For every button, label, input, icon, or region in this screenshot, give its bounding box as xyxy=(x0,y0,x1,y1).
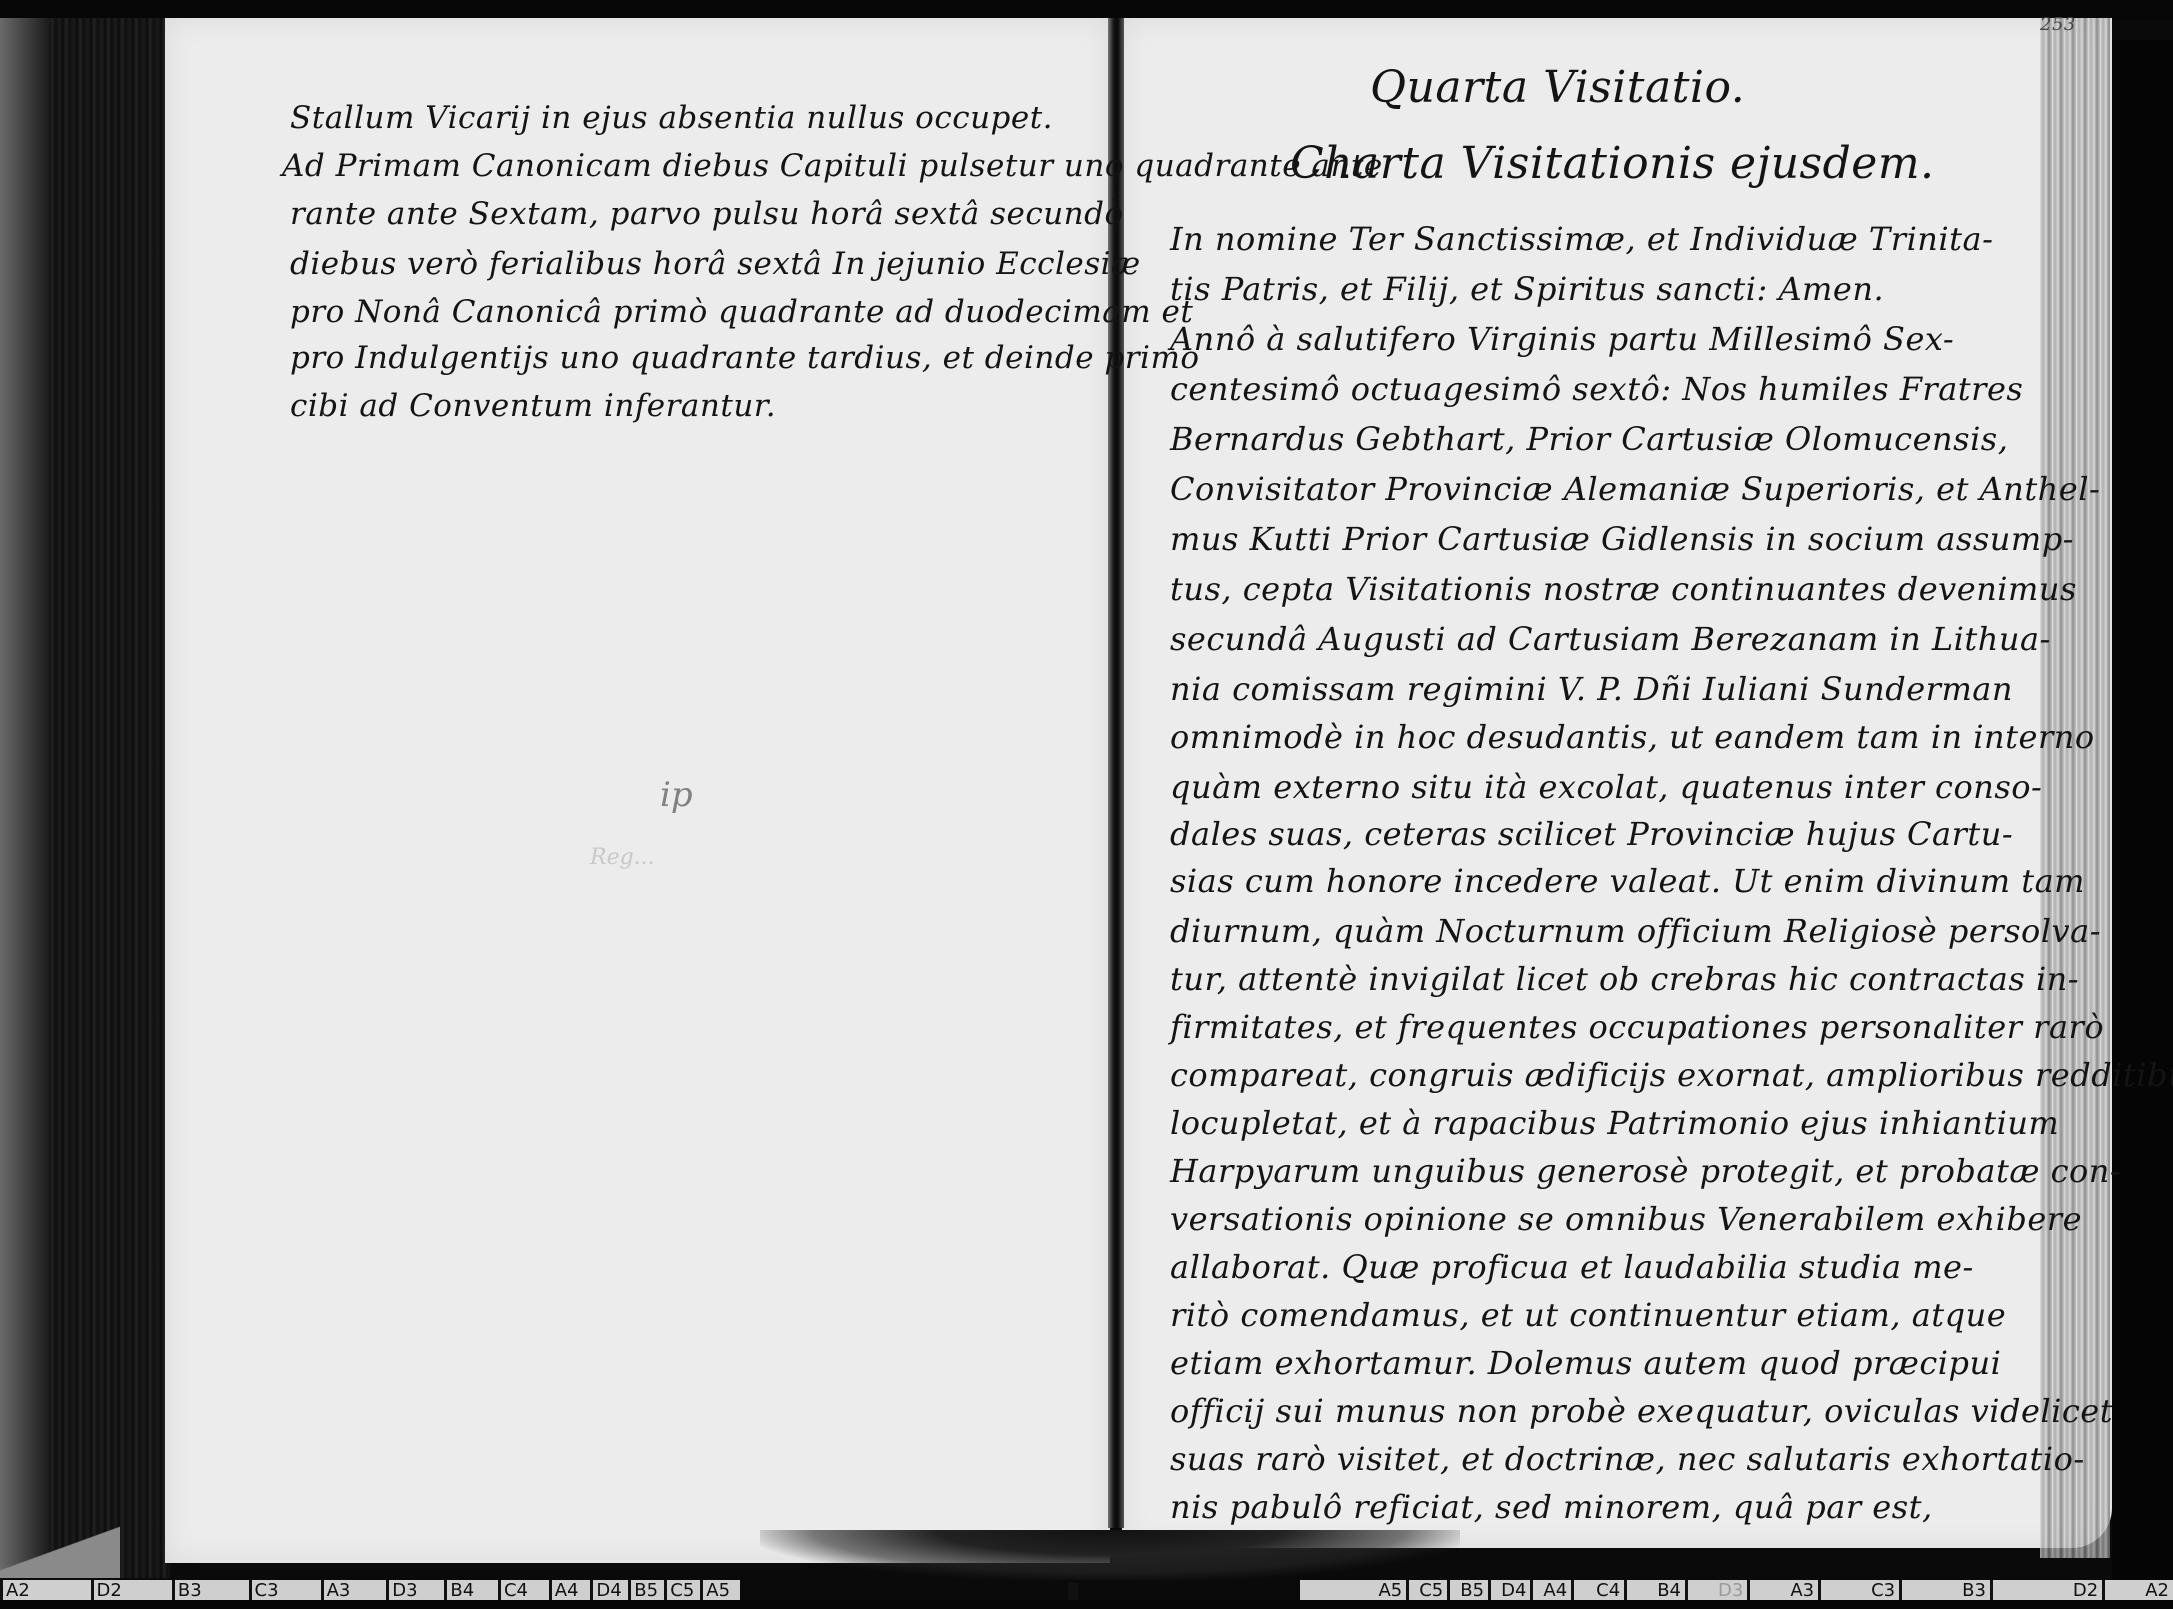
right-line-4: centesimô octuagesimô sextô: Nos humiles… xyxy=(1170,370,2023,408)
bleed-text: Reg... xyxy=(590,845,655,870)
right-line-25: officij sui munus non probè exequatur, o… xyxy=(1170,1392,2113,1430)
right-line-21: versationis opinione se omnibus Venerabi… xyxy=(1170,1200,2082,1238)
film-label: C3 xyxy=(249,1580,321,1602)
film-right-border xyxy=(2112,40,2173,1580)
film-label: A4 xyxy=(549,1580,591,1602)
film-label: C4 xyxy=(1574,1580,1627,1602)
right-line-12: quàm externo situ ità excolat, quatenus … xyxy=(1170,768,2042,806)
left-line-5: pro Nonâ Canonicâ primò quadrante ad duo… xyxy=(290,294,1193,330)
film-label: D3 xyxy=(386,1580,444,1602)
right-line-2: tis Patris, et Filij, et Spiritus sancti… xyxy=(1170,270,1884,308)
left-line-6: pro Indulgentijs uno quadrante tardius, … xyxy=(290,340,1200,376)
right-line-23: ritò comendamus, et ut continuentur etia… xyxy=(1170,1296,2006,1334)
book-gutter xyxy=(1108,18,1124,1528)
right-line-13: dales suas, ceteras scilicet Provinciæ h… xyxy=(1170,815,2013,853)
heading-charta-visitationis: Charta Visitationis ejusdem. xyxy=(1290,138,1935,189)
gutter-shadow xyxy=(760,1530,1460,1580)
book-edge-shade xyxy=(0,18,50,1578)
right-line-11: omnimodè in hoc desudantis, ut eandem ta… xyxy=(1170,718,2095,756)
left-line-7: cibi ad Conventum inferantur. xyxy=(290,388,776,424)
right-line-27: nis pabulô reficiat, sed minorem, quâ pa… xyxy=(1170,1488,1933,1526)
film-label-strip-right: A5 C5 B5 D4 A4 C4 B4 D3 A3 C3 B3 D2 A2 xyxy=(1300,1580,2173,1602)
film-label: B5 xyxy=(628,1580,664,1602)
film-label: B5 xyxy=(1450,1580,1491,1602)
film-bottom-border xyxy=(0,1600,2173,1609)
page-number: 253 xyxy=(2040,14,2076,35)
right-line-15: diurnum, quàm Nocturnum officium Religio… xyxy=(1170,912,2101,950)
film-label: D4 xyxy=(1491,1580,1533,1602)
heading-quarta-visitatio: Quarta Visitatio. xyxy=(1370,62,1745,113)
right-line-24: etiam exhortamur. Dolemus autem quod præ… xyxy=(1170,1344,2001,1382)
right-line-9: secundâ Augusti ad Cartusiam Berezanam i… xyxy=(1170,620,2051,658)
film-label: A5 xyxy=(1368,1580,1409,1602)
right-line-19: locupletat, et à rapacibus Patrimonio ej… xyxy=(1170,1104,2059,1142)
right-line-10: nia comissam regimini V. P. Dñi Iuliani … xyxy=(1170,670,2013,708)
right-line-26: suas rarò visitet, et doctrinæ, nec salu… xyxy=(1170,1440,2085,1478)
right-line-6: Convisitator Provinciæ Alemaniæ Superior… xyxy=(1170,470,2100,508)
right-line-1: In nomine Ter Sanctissimæ, et Individuæ … xyxy=(1170,220,1993,258)
film-label: B4 xyxy=(1627,1580,1688,1602)
left-line-3: rante ante Sextam, parvo pulsu horâ sext… xyxy=(290,196,1124,232)
left-line-4: diebus verò ferialibus horâ sextâ In jej… xyxy=(290,246,1141,282)
left-line-2: Ad Primam Canonicam diebus Capituli puls… xyxy=(282,148,1383,184)
book-corner xyxy=(0,1518,120,1578)
film-label: D3 xyxy=(1688,1580,1750,1602)
film-label: D2 xyxy=(91,1580,172,1602)
right-line-20: Harpyarum unguibus generosè protegit, et… xyxy=(1170,1152,2121,1190)
film-label: B3 xyxy=(172,1580,249,1602)
film-label: C3 xyxy=(1821,1580,1902,1602)
film-label: C5 xyxy=(1409,1580,1450,1602)
right-line-18: compareat, congruis ædificijs exornat, a… xyxy=(1170,1056,2173,1094)
film-label-strip-left: A2 D2 B3 C3 A3 D3 B4 C4 A4 D4 B5 C5 A5 xyxy=(0,1580,740,1602)
right-line-8: tus, cepta Visitationis nostræ continuan… xyxy=(1170,570,2077,608)
film-label: D4 xyxy=(590,1580,628,1602)
right-line-16: tur, attentè invigilat licet ob crebras … xyxy=(1170,960,2079,998)
film-label: A2 xyxy=(0,1580,91,1602)
right-line-7: mus Kutti Prior Cartusiæ Gidlensis in so… xyxy=(1170,520,2074,558)
right-line-3: Annô à salutifero Virginis partu Millesi… xyxy=(1170,320,1954,358)
film-label: C5 xyxy=(664,1580,700,1602)
film-label: A3 xyxy=(1750,1580,1821,1602)
film-label: A3 xyxy=(321,1580,387,1602)
page-edges-right xyxy=(2040,18,2110,1558)
film-label: C4 xyxy=(498,1580,549,1602)
right-line-17: firmitates, et frequentes occupationes p… xyxy=(1170,1008,2104,1046)
film-label: A4 xyxy=(1533,1580,1574,1602)
book-edge-left xyxy=(0,18,170,1578)
right-line-22: allaborat. Quæ proficua et laudabilia st… xyxy=(1170,1248,1974,1286)
film-label: B4 xyxy=(444,1580,498,1602)
right-line-5: Bernardus Gebthart, Prior Cartusiæ Olomu… xyxy=(1170,420,2008,458)
film-label: A5 xyxy=(700,1580,740,1602)
film-top-border xyxy=(0,0,2173,20)
bleed-mark: ip xyxy=(660,775,693,815)
left-line-1: Stallum Vicarij in ejus absentia nullus … xyxy=(290,100,1053,136)
right-line-14: sias cum honore incedere valeat. Ut enim… xyxy=(1170,862,2085,900)
film-label: D2 xyxy=(1993,1580,2105,1602)
film-label: A2 xyxy=(2105,1580,2173,1602)
film-label: B3 xyxy=(1902,1580,1993,1602)
